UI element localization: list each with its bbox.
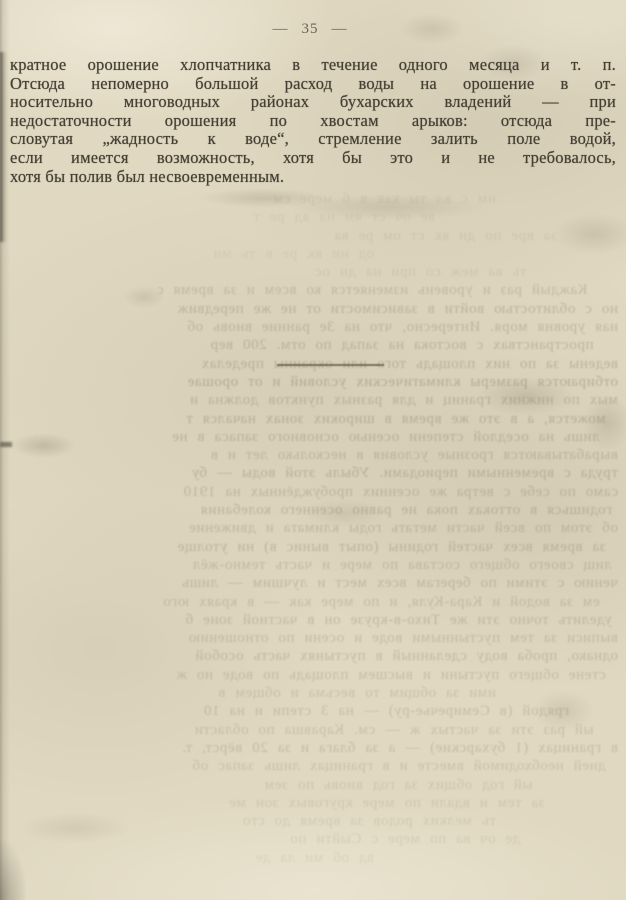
ghost-text-line: ная уровня моря. Интересно, что на Зе ра… [8,318,618,336]
ghost-text-line: им с вл ты как в б мере см [8,190,536,208]
ghost-text-line: но с облитостью войти в зависимости от н… [8,300,618,318]
ghost-text-line: само по себе с ветра же осенних пробуждё… [8,483,618,501]
ghost-text-line: вырабатываются грозные условия в несколь… [8,446,618,464]
ghost-text-line: лишь на оседлой степени осенью основного… [8,428,600,446]
body-paragraph: кратное орошение хлопчатника в течение о… [10,56,616,186]
page-header: —35— [0,21,620,38]
ghost-text-line: уделить точно эти же Тихо-в-крузе он в ч… [8,611,612,629]
ghost-text-line: ый год общих за год вновь по зем [8,776,553,794]
binding-shadow [0,52,7,242]
paragraph-line: если имеется возможность, хотя бы это и … [10,149,616,168]
page-number: 35 [302,21,319,37]
ghost-text-line: за вре по дн як ст ом ре ва [8,227,577,245]
ghost-text-line: ими за общим то весьма и общем в [8,684,526,702]
header-dash-left: — [273,21,289,37]
scanned-page: —35— кратное орошение хлопчатника в тече… [0,0,626,900]
ghost-text-line: Каждый раз и уровень изменяется ко всем … [8,281,606,299]
ghost-text-line: ый раз эти за частых ж — см. Каравша по … [8,721,594,739]
bleed-through-block: им с вл ты как в б мере смве оч ст ям на… [8,190,618,867]
ghost-text-line: дней необходимой вместе и в границах лиш… [8,757,606,775]
ghost-text-line: об этом по всей части метать годы климат… [8,519,618,537]
ghost-text-line: отбираются размеры климатических условий… [8,373,618,391]
ghost-text-line: годишься в оттоках пока не равно осеннег… [8,501,612,519]
separator-rule [277,364,384,366]
ghost-text-line: лищ своего общего состава по мере и част… [8,556,612,574]
paragraph-line: кратное орошение хлопчатника в течение о… [10,56,616,75]
ghost-text-line: можется, а в это же время в широких зона… [8,410,612,428]
ghost-text-line: вд об ми ла де [8,849,524,867]
header-dash-right: — [332,21,348,37]
paragraph-line: Отсюда непомерно большой расход воды на … [10,75,616,94]
ghost-text-line: ть мелких родов за время до сто [8,812,556,830]
ghost-text-line: однако, проба воду сделанный в пустынях … [8,647,618,665]
paragraph-line: недостаточности орошения по хвостам арык… [10,112,616,131]
ghost-text-line: стене общего пустыни и высшем площадь по… [8,666,606,684]
ghost-text-line: труда с временными периодами. Убыль этой… [8,464,618,482]
ghost-text-line: в границах (1 бухарские) — а за блага и … [8,739,618,757]
ghost-text-line: мых по нижних границ и для разных пункто… [8,391,618,409]
ghost-text-line: пространствах с востока на запад по отм.… [8,336,594,354]
ghost-text-line: ем за водой и Кара-Куля, и по мере как —… [8,593,604,611]
ghost-text-line: за время всех частей годины (опыт вынис … [8,538,606,556]
ghost-text-line: грядой (в Семиречье-ру) — на 3 степи и н… [8,702,583,720]
ghost-text-line: за тем и вдали по мере круговых зон ме [8,794,585,812]
paragraph-line: хотя бы полив был несвоевременным. [10,168,616,187]
paragraph-line: словутая „жадность к воде“, стремление з… [10,130,616,149]
paragraph-line: носительно многоводных районах бухарских… [10,93,616,112]
ghost-text-line: од ни як ре в ть ми [8,245,494,263]
ghost-text-line: де оч ва по мере с Сыйти по [8,830,570,848]
ghost-text-line: чению с этими по берегам всех мест и луч… [8,574,618,592]
ghost-text-line: ть ва меж со при на дн ос [8,263,557,281]
ghost-text-line: выписи за тем пустынными воде и осени по… [8,629,618,647]
ghost-text-line: ве оч ст ям на яд ре т [8,208,525,226]
